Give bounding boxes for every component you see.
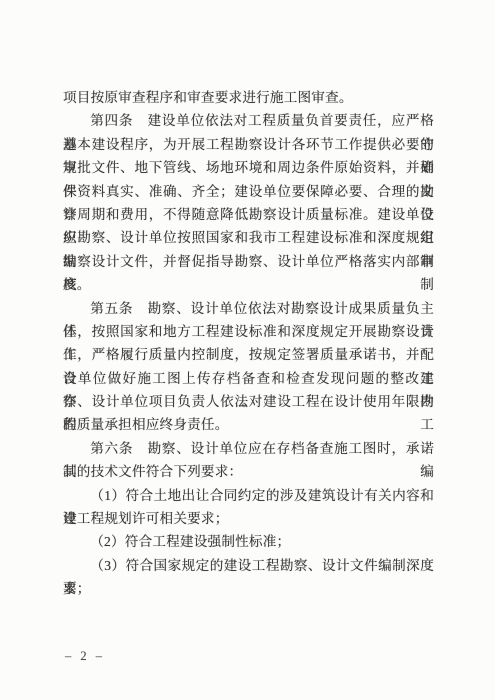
document-line: 设单位做好施工图上传存档备查和检查发现问题的整改工作。勘 (63, 367, 434, 390)
document-line-article-5: 第五条 勘察、设计单位依法对勘察设计成果质量负主体责 (63, 297, 434, 320)
document-line-article-4: 第四条 建设单位依法对工程质量负首要责任，应严格遵守 (63, 109, 434, 132)
document-line: 作，严格履行质量内控制度，按规定签署质量承诺书，并配合建 (63, 343, 434, 366)
document-line: 察、设计单位项目负责人依法对建设工程在设计使用年限内的工 (63, 390, 434, 413)
document-page: 项目按原审查程序和审查要求进行施工图审查。 第四条 建设单位依法对工程质量负首要… (0, 0, 495, 700)
document-line: 任，按照国家和地方工程建设标准和深度规定开展勘察设计工 (63, 320, 434, 343)
document-line-item-3: （3）符合国家规定的建设工程勘察、设计文件编制深度要 (63, 554, 434, 577)
document-line: 基本建设程序，为开展工程勘察设计各环节工作提供必要的规划 (63, 133, 434, 156)
document-line-article-6: 第六条 勘察、设计单位应在存档备查施工图时，承诺其编 (63, 437, 434, 460)
document-line: 求； (63, 577, 434, 600)
document-line: 设工程规划许可相关要求； (63, 507, 434, 530)
document-line: 审批文件、地下管线、场地环境和周边条件原始资料，并确保文 (63, 156, 434, 179)
document-line: 织勘察、设计单位按照国家和我市工程建设标准和深度规定编制 (63, 226, 434, 249)
document-line-item-1: （1）符合土地出让合同约定的涉及建筑设计有关内容和建 (63, 484, 434, 507)
document-body: 项目按原审查程序和审查要求进行施工图审查。 第四条 建设单位依法对工程质量负首要… (63, 86, 434, 601)
document-line: 勘察设计文件，并督促指导勘察、设计单位严格落实内部审核制 (63, 250, 434, 273)
page-number: – 2 – (65, 646, 105, 666)
document-line: 件资料真实、准确、齐全；建设单位要保障必要、合理的勘察设 (63, 180, 434, 203)
document-line: 计周期和费用，不得随意降低勘察设计质量标准。建设单位应组 (63, 203, 434, 226)
document-line-item-2: （2）符合工程建设强制性标准； (63, 530, 434, 553)
document-line: 项目按原审查程序和审查要求进行施工图审查。 (63, 86, 434, 109)
